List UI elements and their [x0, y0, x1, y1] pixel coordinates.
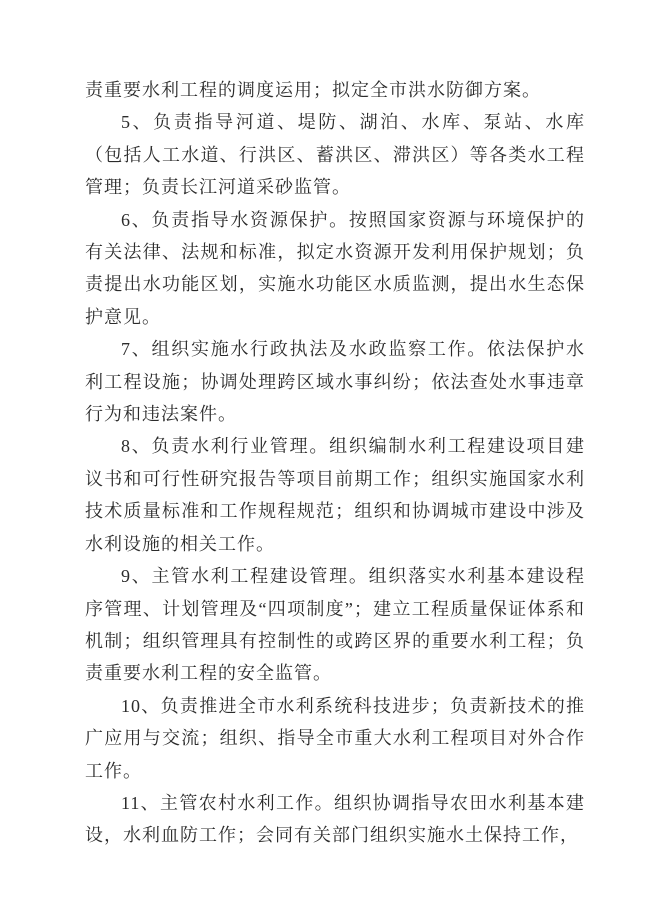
- paragraph-continuation: 责重要水利工程的调度运用；拟定全市洪水防御方案。: [85, 74, 585, 106]
- document-page: 责重要水利工程的调度运用；拟定全市洪水防御方案。 5、负责指导河道、堤防、湖泊、…: [0, 0, 669, 898]
- paragraph-item-9: 9、主管水利工程建设管理。组织落实水利基本建设程序管理、计划管理及“四项制度”；…: [85, 560, 585, 690]
- paragraph-item-10: 10、负责推进全市水利系统科技进步；负责新技术的推广应用与交流；组织、指导全市重…: [85, 690, 585, 787]
- paragraph-item-11: 11、主管农村水利工作。组织协调指导农田水利基本建设，水利血防工作；会同有关部门…: [85, 787, 585, 852]
- paragraph-item-8: 8、负责水利行业管理。组织编制水利工程建设项目建议书和可行性研究报告等项目前期工…: [85, 430, 585, 560]
- paragraph-item-7: 7、组织实施水行政执法及水政监察工作。依法保护水利工程设施；协调处理跨区域水事纠…: [85, 333, 585, 430]
- paragraph-item-6: 6、负责指导水资源保护。按照国家资源与环境保护的有关法律、法规和标准，拟定水资源…: [85, 204, 585, 334]
- document-text-block: 责重要水利工程的调度运用；拟定全市洪水防御方案。 5、负责指导河道、堤防、湖泊、…: [85, 74, 585, 852]
- paragraph-item-5: 5、负责指导河道、堤防、湖泊、水库、泵站、水库（包括人工水道、行洪区、蓄洪区、滞…: [85, 106, 585, 203]
